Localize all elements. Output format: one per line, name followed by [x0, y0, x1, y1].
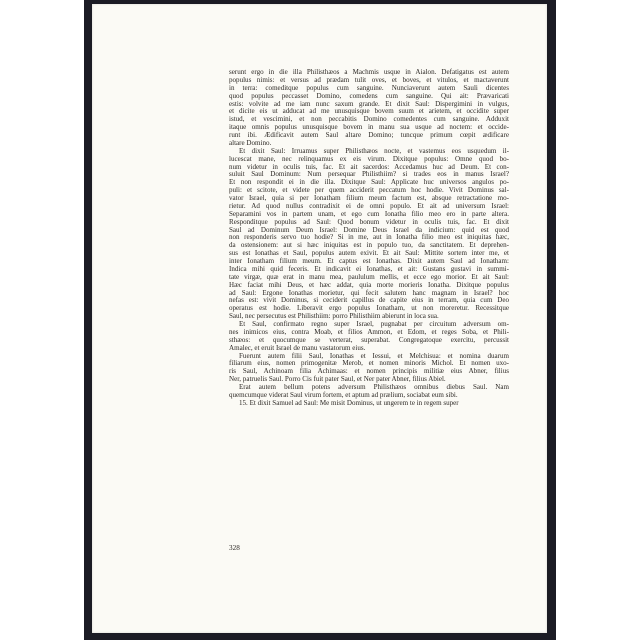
paragraph: Fuerunt autem filii Saul, Ionathas et Ie…	[229, 353, 509, 385]
paragraph: Et Saul, confirmato regno super Israel, …	[229, 321, 509, 353]
paragraph: 15. Et dixit Samuel ad Saul: Me misit Do…	[229, 400, 509, 408]
text-line: runt ibi. Ædificavit autem Saul altare D…	[229, 132, 509, 140]
paragraph: serunt ergo in die illa Philisthæos a Ma…	[229, 69, 509, 148]
text-line: 15. Et dixit Samuel ad Saul: Me misit Do…	[229, 400, 509, 408]
page-number: 328	[229, 544, 240, 552]
paragraph: Et dixit Saul: Irruamus super Philisthæo…	[229, 148, 509, 321]
page-text-block: serunt ergo in die illa Philisthæos a Ma…	[229, 69, 509, 408]
paragraph: Erat autem bellum potens adversum Philis…	[229, 384, 509, 400]
